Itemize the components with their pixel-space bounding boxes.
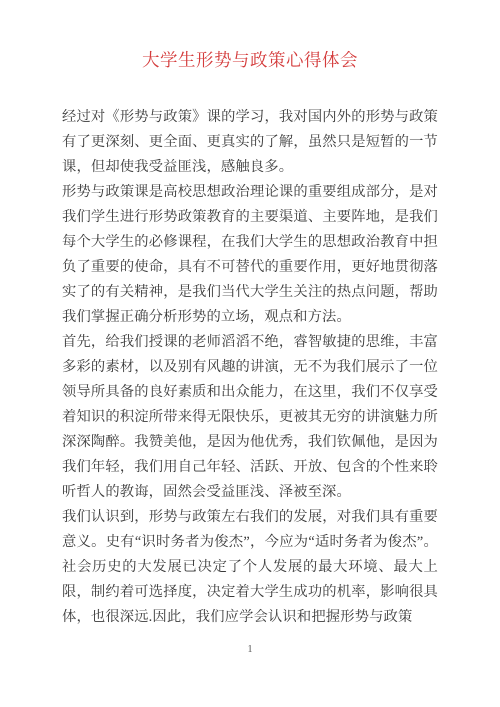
- document-body: 经过对《形势与政策》课的学习，我对国内外的形势与政策有了更深刻、更全面、更真实的…: [62, 105, 438, 630]
- paragraph: 我们认识到，形势与政策左右我们的发展，对我们具有重要意义。史有“识时务者为俊杰”…: [62, 505, 438, 630]
- document-title: 大学生形势与政策心得体会: [62, 0, 438, 72]
- document-page: 大学生形势与政策心得体会 经过对《形势与政策》课的学习，我对国内外的形势与政策有…: [0, 0, 500, 707]
- paragraph: 经过对《形势与政策》课的学习，我对国内外的形势与政策有了更深刻、更全面、更真实的…: [62, 105, 438, 180]
- paragraph: 形势与政策课是高校思想政治理论课的重要组成部分，是对我们学生进行形势政策教育的主…: [62, 180, 438, 330]
- paragraph: 首先，给我们授课的老师滔滔不绝，睿智敏捷的思维，丰富多彩的素材，以及别有风趣的讲…: [62, 330, 438, 505]
- page-number: 1: [62, 644, 438, 656]
